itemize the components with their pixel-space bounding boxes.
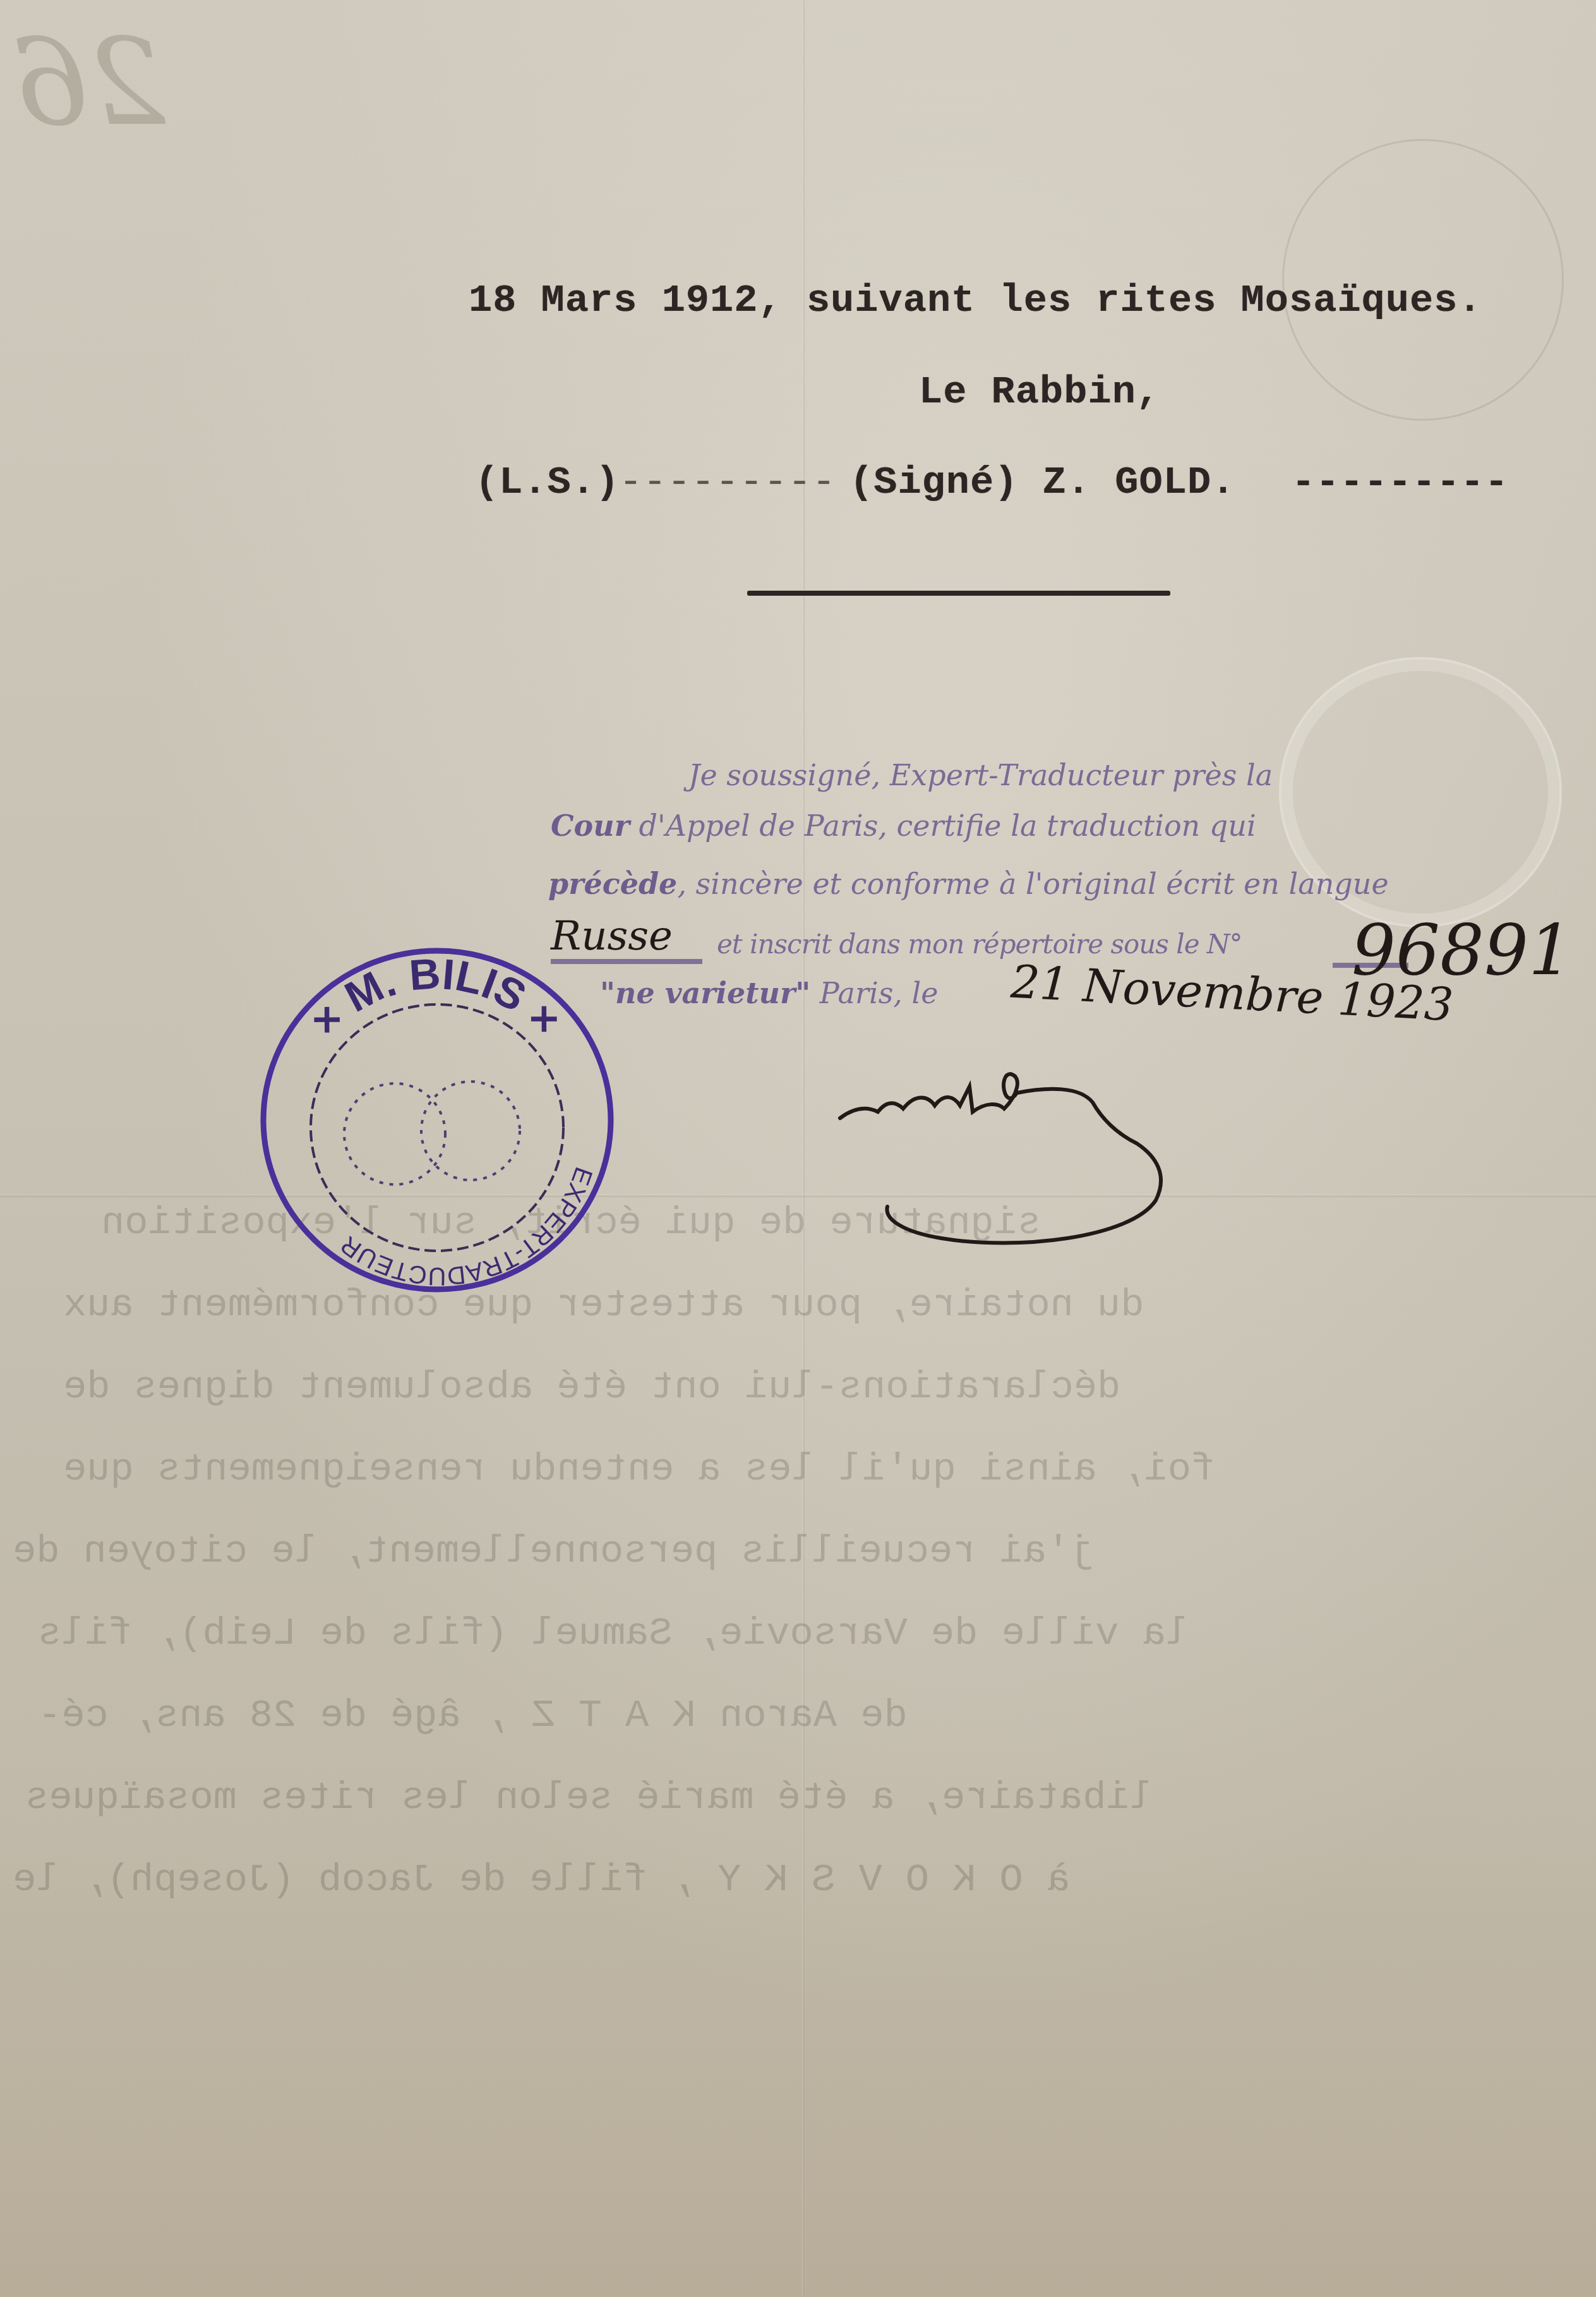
cert-line-5-text: Paris, le xyxy=(810,976,938,1010)
typed-ls-mark: (L.S.) xyxy=(475,460,620,505)
svg-text:EXPERT-TRADUCTEUR PRÈS LA COUR: EXPERT-TRADUCTEUR PRÈS LA COUR D'APPEL xyxy=(253,1045,597,1298)
bleed-through-line: déclarations-lui ont été absolument dign… xyxy=(63,1365,1120,1409)
translator-signature xyxy=(827,1049,1408,1257)
svg-text:× M. BILIS ×: × M. BILIS × xyxy=(301,950,570,1046)
certification-line-5: "ne varietur" Paris, le xyxy=(600,976,939,1010)
typed-rabbin-title: Le Rabbin, xyxy=(919,370,1160,414)
certification-line-3: précède, sincère et conforme à l'origina… xyxy=(548,867,1389,901)
bleed-through-line: la ville de Varsovie, Samuel (fils de Le… xyxy=(38,1611,1189,1656)
translator-stamp: × M. BILIS × EXPERT-TRADUCTEUR PRÈS LA C… xyxy=(253,938,619,1298)
bleed-through-line: foi, ainsi qu'il les a entendu renseigne… xyxy=(63,1447,1215,1492)
bleed-through-line: à O K O V S K Y , fille de Jacob (Joseph… xyxy=(13,1857,1070,1902)
typed-dashes-right: --------- xyxy=(1292,460,1509,505)
document-page: 26 18 Mars 1912, suivant les rites Mosaï… xyxy=(0,0,1596,2297)
bleed-through-line: j'ai recueillis personnellement, le cito… xyxy=(13,1529,1093,1574)
bleed-through-line: libataire, a été marié selon les rites m… xyxy=(25,1775,1153,1820)
cert-ne-varietur: "ne varietur" xyxy=(600,976,810,1010)
typed-dashes-left: --------- xyxy=(619,460,836,505)
typed-signed-gold: (Signé) Z. GOLD. xyxy=(849,460,1235,505)
margin-number-mark: 26 xyxy=(13,13,165,152)
section-divider-rule xyxy=(747,591,1170,596)
cert-line-3-text: , sincère et conforme à l'original écrit… xyxy=(677,867,1388,901)
certification-line-1: Je soussigné, Expert-Traducteur près la xyxy=(688,758,1273,792)
cert-word-precede: précède xyxy=(548,867,677,901)
paper-fold-vertical xyxy=(802,0,806,2297)
cert-line-2-text: d'Appel de Paris, certifie la traduction… xyxy=(630,809,1256,843)
signature-flourish-icon xyxy=(827,1049,1408,1257)
certification-line-2: Cour d'Appel de Paris, certifie la tradu… xyxy=(551,809,1256,843)
stamp-seal-icon: × M. BILIS × EXPERT-TRADUCTEUR PRÈS LA C… xyxy=(253,938,619,1298)
certification-line-4: et inscrit dans mon répertoire sous le N… xyxy=(717,929,1242,960)
typed-date-line: 18 Mars 1912, suivant les rites Mosaïque… xyxy=(469,278,1482,323)
bleed-through-line: de Aaron K A T Z , âgé de 28 ans, cé- xyxy=(38,1693,908,1738)
cert-word-cour: Cour xyxy=(551,809,630,843)
